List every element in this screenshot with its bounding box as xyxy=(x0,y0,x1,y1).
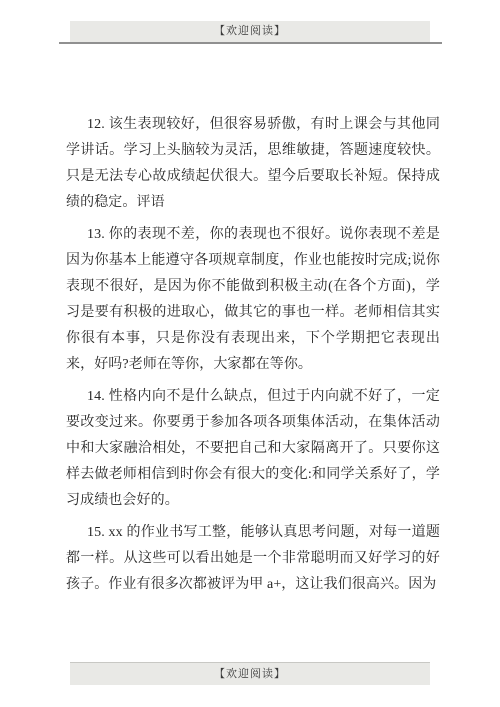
document-body: 12. 该生表现较好，但很容易骄傲，有时上课会与其他同学讲话。学习上头脑较为灵活… xyxy=(66,112,440,604)
paragraph-comment-15: 15. xx 的作业书写工整，能够认真思考问题，对每一道题都一样。从这些可以看出… xyxy=(66,520,440,598)
footer-banner: 【欢迎阅读】 xyxy=(70,662,430,685)
header-banner-label: 【欢迎阅读】 xyxy=(214,25,286,37)
document-page: 【欢迎阅读】 12. 该生表现较好，但很容易骄傲，有时上课会与其他同学讲话。学习… xyxy=(0,0,500,707)
header-banner: 【欢迎阅读】 xyxy=(70,21,430,42)
paragraph-comment-14: 14. 性格内向不是什么缺点，但过于内向就不好了，一定要改变过来。你要勇于参加各… xyxy=(66,384,440,514)
footer-banner-label: 【欢迎阅读】 xyxy=(214,668,286,680)
header-divider xyxy=(59,42,442,44)
paragraph-comment-13: 13. 你的表现不差，你的表现也不很好。说你表现不差是因为你基本上能遵守各项规章… xyxy=(66,222,440,378)
paragraph-comment-12: 12. 该生表现较好，但很容易骄傲，有时上课会与其他同学讲话。学习上头脑较为灵活… xyxy=(66,112,440,216)
